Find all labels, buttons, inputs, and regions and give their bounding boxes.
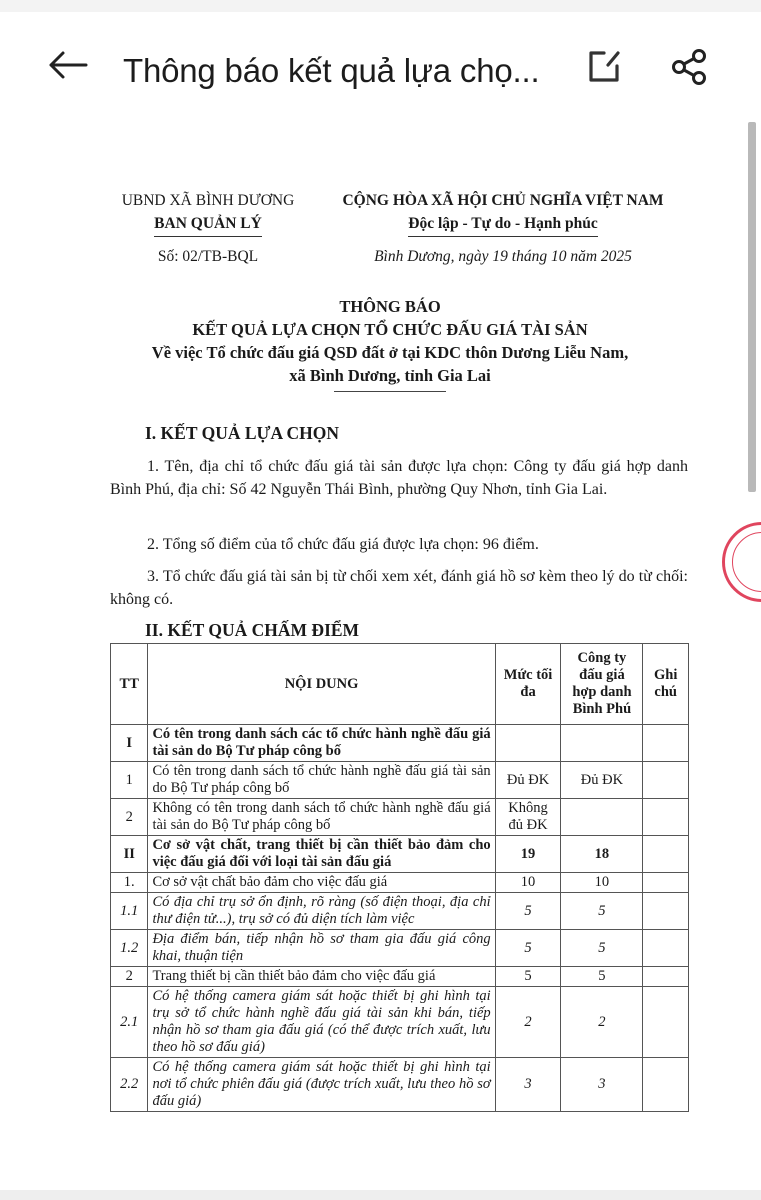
section-1-heading: I. KẾT QUẢ LỰA CHỌN bbox=[145, 423, 339, 444]
table-row: ICó tên trong danh sách các tổ chức hành… bbox=[111, 725, 689, 762]
scrollbar[interactable] bbox=[748, 122, 756, 492]
cell-tt: 1.2 bbox=[111, 930, 148, 967]
cell-company: 5 bbox=[561, 930, 643, 967]
table-row: 1.Cơ sở vật chất bảo đảm cho việc đấu gi… bbox=[111, 873, 689, 893]
cell-max: 5 bbox=[495, 967, 561, 987]
section-2-heading: II. KẾT QUẢ CHẤM ĐIỂM bbox=[145, 620, 359, 641]
header-left: UBND XÃ BÌNH DƯƠNG BAN QUẢN LÝ Số: 02/TB… bbox=[108, 189, 308, 268]
cell-company bbox=[561, 799, 643, 836]
cell-tt: 1.1 bbox=[111, 893, 148, 930]
table-row: 2.2Có hệ thống camera giám sát hoặc thiế… bbox=[111, 1058, 689, 1112]
cell-content: Có tên trong danh sách các tổ chức hành … bbox=[148, 725, 495, 762]
cell-max: 3 bbox=[495, 1058, 561, 1112]
bottom-strip bbox=[0, 1190, 761, 1200]
cell-max: Không đủ ĐK bbox=[495, 799, 561, 836]
title-line-1: THÔNG BÁO bbox=[110, 295, 670, 318]
score-table: TT NỘI DUNG Mức tối đa Công ty đấu giá h… bbox=[110, 643, 689, 1112]
edit-icon bbox=[584, 46, 624, 86]
cell-company: 2 bbox=[561, 987, 643, 1058]
cell-tt: 2.1 bbox=[111, 987, 148, 1058]
cell-max: 5 bbox=[495, 930, 561, 967]
cell-max: 5 bbox=[495, 893, 561, 930]
cell-max: 10 bbox=[495, 873, 561, 893]
cell-company: Đủ ĐK bbox=[561, 762, 643, 799]
header-note: Ghi chú bbox=[643, 644, 689, 725]
cell-content: Có tên trong danh sách tổ chức hành nghề… bbox=[148, 762, 495, 799]
cell-note bbox=[643, 836, 689, 873]
header-tt: TT bbox=[111, 644, 148, 725]
cell-content: Có hệ thống camera giám sát hoặc thiết b… bbox=[148, 987, 495, 1058]
header-content: NỘI DUNG bbox=[148, 644, 495, 725]
cell-tt: 1 bbox=[111, 762, 148, 799]
table-row: IICơ sở vật chất, trang thiết bị cần thi… bbox=[111, 836, 689, 873]
cell-note bbox=[643, 930, 689, 967]
document-number: Số: 02/TB-BQL bbox=[108, 245, 308, 268]
document-viewer[interactable]: UBND XÃ BÌNH DƯƠNG BAN QUẢN LÝ Số: 02/TB… bbox=[0, 117, 761, 1190]
cell-company bbox=[561, 725, 643, 762]
cell-tt: 1. bbox=[111, 873, 148, 893]
table-header-row: TT NỘI DUNG Mức tối đa Công ty đấu giá h… bbox=[111, 644, 689, 725]
cell-content: Có hệ thống camera giám sát hoặc thiết b… bbox=[148, 1058, 495, 1112]
cell-max: 2 bbox=[495, 987, 561, 1058]
arrow-left-icon bbox=[46, 50, 90, 80]
back-button[interactable] bbox=[46, 50, 90, 80]
cell-tt: 2 bbox=[111, 967, 148, 987]
cell-note bbox=[643, 1058, 689, 1112]
cell-company: 10 bbox=[561, 873, 643, 893]
cell-note bbox=[643, 893, 689, 930]
header-max: Mức tối đa bbox=[495, 644, 561, 725]
table-row: 2Không có tên trong danh sách tổ chức hà… bbox=[111, 799, 689, 836]
cell-content: Trang thiết bị cần thiết bảo đảm cho việ… bbox=[148, 967, 495, 987]
edit-button[interactable] bbox=[584, 46, 624, 86]
cell-tt: 2.2 bbox=[111, 1058, 148, 1112]
cell-note bbox=[643, 987, 689, 1058]
cell-company: 3 bbox=[561, 1058, 643, 1112]
title-line-3: Về việc Tổ chức đấu giá QSD đất ở tại KD… bbox=[110, 341, 670, 364]
table-row: 2.1Có hệ thống camera giám sát hoặc thiế… bbox=[111, 987, 689, 1058]
cell-content: Cơ sở vật chất, trang thiết bị cần thiết… bbox=[148, 836, 495, 873]
cell-company: 5 bbox=[561, 967, 643, 987]
table-row: 1.2Địa điểm bán, tiếp nhận hồ sơ tham gi… bbox=[111, 930, 689, 967]
cell-content: Địa điểm bán, tiếp nhận hồ sơ tham gia đ… bbox=[148, 930, 495, 967]
status-strip bbox=[0, 0, 761, 12]
table-row: 1.1Có địa chỉ trụ sở ổn định, rõ ràng (s… bbox=[111, 893, 689, 930]
cell-content: Có địa chỉ trụ sở ổn định, rõ ràng (số đ… bbox=[148, 893, 495, 930]
title-rule bbox=[334, 391, 446, 392]
issuing-org: UBND XÃ BÌNH DƯƠNG bbox=[108, 189, 308, 212]
cell-content: Không có tên trong danh sách tổ chức hàn… bbox=[148, 799, 495, 836]
cell-max: 19 bbox=[495, 836, 561, 873]
header-company: Công ty đấu giá hợp danh Bình Phú bbox=[561, 644, 643, 725]
cell-note bbox=[643, 799, 689, 836]
document-title: Thông báo kết quả lựa chọ... bbox=[123, 52, 539, 90]
motto: Độc lập - Tự do - Hạnh phúc bbox=[408, 212, 597, 237]
official-stamp bbox=[722, 522, 761, 602]
share-icon bbox=[668, 46, 710, 88]
document-date: Bình Dương, ngày 19 tháng 10 năm 2025 bbox=[318, 245, 688, 268]
cell-note bbox=[643, 967, 689, 987]
paragraph-2: 2. Tổng số điểm của tổ chức đấu giá được… bbox=[110, 533, 688, 556]
paragraph-3: 3. Tổ chức đấu giá tài sản bị từ chối xe… bbox=[110, 565, 688, 611]
cell-note bbox=[643, 762, 689, 799]
title-line-2: KẾT QUẢ LỰA CHỌN TỔ CHỨC ĐẤU GIÁ TÀI SẢN bbox=[110, 318, 670, 341]
nation-name: CỘNG HÒA XÃ HỘI CHỦ NGHĨA VIỆT NAM bbox=[318, 189, 688, 212]
table-row: 2Trang thiết bị cần thiết bảo đảm cho vi… bbox=[111, 967, 689, 987]
cell-max: Đủ ĐK bbox=[495, 762, 561, 799]
app-bar: Thông báo kết quả lựa chọ... bbox=[0, 12, 761, 117]
title-line-4: xã Bình Dương, tỉnh Gia Lai bbox=[110, 364, 670, 387]
table-row: 1Có tên trong danh sách tổ chức hành ngh… bbox=[111, 762, 689, 799]
cell-company: 5 bbox=[561, 893, 643, 930]
issuing-unit: BAN QUẢN LÝ bbox=[154, 212, 262, 237]
cell-tt: I bbox=[111, 725, 148, 762]
cell-note bbox=[643, 725, 689, 762]
paragraph-1: 1. Tên, địa chỉ tổ chức đấu giá tài sản … bbox=[110, 455, 688, 501]
cell-company: 18 bbox=[561, 836, 643, 873]
header-right: CỘNG HÒA XÃ HỘI CHỦ NGHĨA VIỆT NAM Độc l… bbox=[318, 189, 688, 268]
cell-tt: II bbox=[111, 836, 148, 873]
cell-tt: 2 bbox=[111, 799, 148, 836]
cell-note bbox=[643, 873, 689, 893]
notice-title: THÔNG BÁO KẾT QUẢ LỰA CHỌN TỔ CHỨC ĐẤU G… bbox=[110, 295, 670, 392]
cell-content: Cơ sở vật chất bảo đảm cho việc đấu giá bbox=[148, 873, 495, 893]
cell-max bbox=[495, 725, 561, 762]
share-button[interactable] bbox=[668, 46, 710, 88]
